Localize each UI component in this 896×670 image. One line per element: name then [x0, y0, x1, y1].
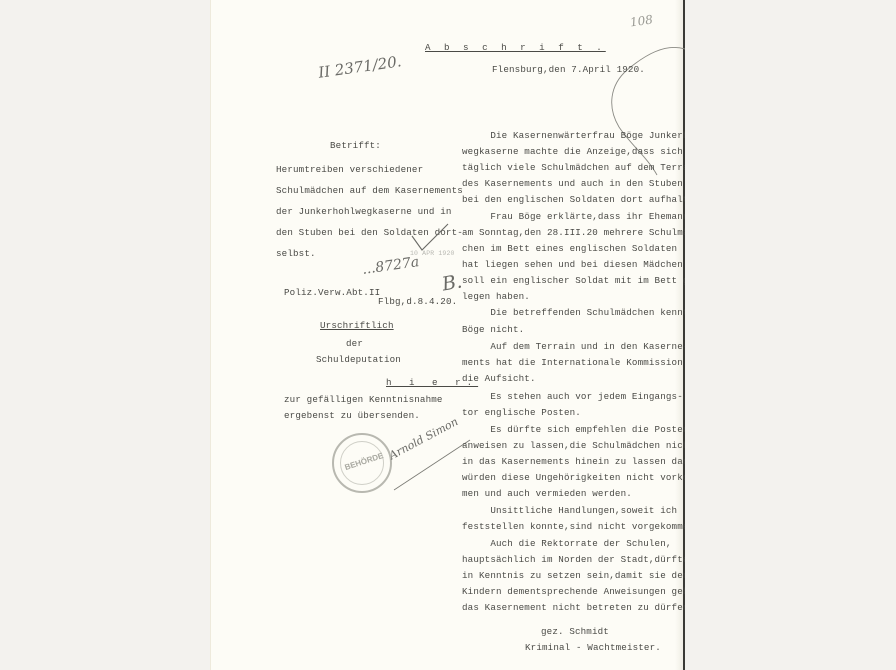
body-line: soll ein englischer Soldat mit im Bett g… [462, 275, 685, 286]
official-seal: BEHÖRDE [332, 433, 392, 493]
body-line: Die Kasernenwärterfrau Böge Junkerhohl [462, 130, 685, 141]
body-line: Die betreffenden Schulmädchen kennt [462, 307, 685, 318]
body-line: anweisen zu lassen,die Schulmädchen nich… [462, 440, 685, 451]
place-date: Flensburg,den 7.April 1920. [492, 64, 645, 75]
routing-department: Poliz.Verw.Abt.II [284, 287, 380, 298]
body-line: Frau Böge erklärte,dass ihr Ehemann [462, 211, 685, 222]
subject-heading: Betrifft: [330, 140, 381, 151]
routing-line-instruction-1: zur gefälligen Kenntnisnahme [284, 394, 443, 405]
body-line: am Sonntag,den 28.III.20 mehrere Schulmä… [462, 227, 685, 238]
body-line: feststellen konnte,sind nicht vorgekomme… [462, 521, 685, 532]
document-viewer: 108 A b s c h r i f t . II 2371/20. Flen… [0, 0, 896, 670]
body-line: in das Kasernements hinein zu lassen dan… [462, 456, 685, 467]
routing-date: Flbg,d.8.4.20. [378, 296, 457, 307]
body-line: wegkaserne machte die Anzeige,dass sich [462, 146, 683, 157]
body-line: würden diese Ungehörigkeiten nicht vorko… [462, 472, 685, 483]
body-line: täglich viele Schulmädchen auf dem Terra… [462, 162, 685, 173]
body-line: hat liegen sehen und bei diesen Mädchen [462, 259, 683, 270]
body-line: in Kenntnis zu setzen sein,damit sie den [462, 570, 685, 581]
body-line: men und auch vermieden werden. [462, 488, 632, 499]
body-line: Auch die Rektorrate der Schulen, [462, 538, 672, 549]
document-title: A b s c h r i f t . [425, 42, 606, 53]
body-line: chen im Bett eines englischen Soldaten [462, 243, 677, 254]
body-line: hauptsächlich im Norden der Stadt,dürfte… [462, 554, 685, 565]
journal-mark: B. [440, 270, 464, 295]
document-page: 108 A b s c h r i f t . II 2371/20. Flen… [210, 0, 685, 670]
body-line: das Kasernement nicht betreten zu dürfen… [462, 602, 685, 613]
routing-line-recipient: Schuldeputation [316, 354, 401, 365]
body-line: legen haben. [462, 291, 530, 302]
journal-number: ...8727a [361, 254, 420, 278]
body-line: Böge nicht. [462, 324, 524, 335]
signature-underline [392, 436, 472, 492]
body-line: des Kasernements und auch in den Stuben [462, 178, 683, 189]
body-line: bei den englischen Soldaten dort aufhalt… [462, 194, 685, 205]
body-line: Auf dem Terrain und in den Kaserne- [462, 341, 685, 352]
signer-rank: Kriminal - Wachtmeister. [525, 642, 661, 653]
signer-name: gez. Schmidt [541, 626, 609, 637]
routing-line-instruction-2: ergebenst zu übersenden. [284, 410, 420, 421]
body-line: ments hat die Internationale Kommission [462, 357, 683, 368]
body-line: Es stehen auch vor jedem Eingangs- [462, 391, 683, 402]
body-line: Es dürfte sich empfehlen die Posten [462, 424, 685, 435]
routing-line-original: Urschriftlich [320, 320, 394, 331]
body-line: die Aufsicht. [462, 373, 536, 384]
folio-number: 108 [629, 12, 654, 29]
routing-line-der: der [346, 338, 363, 349]
body-line: Kindern dementsprechende Anweisungen geb… [462, 586, 685, 597]
body-line: Unsittliche Handlungen,soweit ich [462, 505, 677, 516]
file-reference: II 2371/20. [317, 52, 402, 81]
seal-text: BEHÖRDE [342, 450, 387, 472]
body-line: tor englische Posten. [462, 407, 581, 418]
